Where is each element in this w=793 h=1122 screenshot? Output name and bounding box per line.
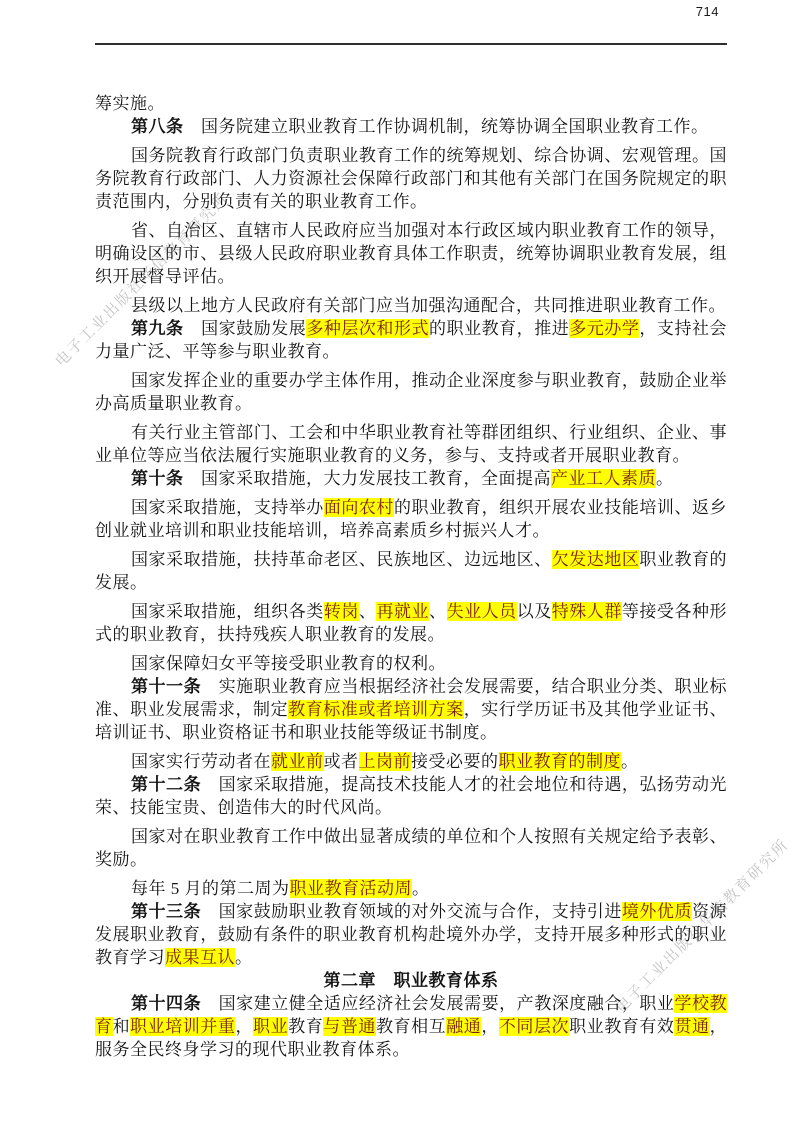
highlighted-text: 特殊人群 [552, 602, 622, 621]
highlighted-text: 产业工人素质 [551, 469, 656, 488]
text-run: 。 [656, 469, 674, 488]
highlighted-text: 就业前 [271, 752, 324, 771]
text-run: ， [235, 1017, 253, 1036]
paragraph: 国家实行劳动者在就业前或者上岗前接受必要的职业教育的制度。 [95, 750, 727, 773]
text-run: 。 [621, 752, 639, 771]
paragraph: 有关行业主管部门、工会和中华职业教育社等群团组织、行业组织、企业、事业单位等应当… [95, 421, 727, 467]
text-run: 国家鼓励发展 [184, 319, 307, 338]
text-run: 国家建立健全适应经济社会发展需要，产教深度融合，职业 [201, 994, 674, 1013]
paragraph: 第八条 国务院建立职业教育工作协调机制，统筹协调全国职业教育工作。 [95, 115, 727, 138]
article-number: 第八条 [131, 117, 184, 136]
text-run: 有关行业主管部门、工会和中华职业教育社等群团组织、行业组织、企业、事业单位等应当… [95, 423, 727, 465]
highlighted-text: 面向农村 [324, 498, 394, 517]
text-run: 国家采取措施，大力发展技工教育，全面提高 [184, 469, 552, 488]
text-run: 。 [235, 948, 253, 967]
text-run: 职业教育有效 [569, 1017, 674, 1036]
text-run: 、 [359, 602, 377, 621]
text-run: 国家鼓励职业教育领域的对外交流与合作，支持引进 [201, 902, 622, 921]
highlighted-text: 转岗 [324, 602, 359, 621]
highlighted-text: 再就业 [376, 602, 429, 621]
text-run: 、 [429, 602, 447, 621]
text-run: 教育 [288, 1017, 323, 1036]
paragraph: 国务院教育行政部门负责职业教育工作的统筹规划、综合协调、宏观管理。国务院教育行政… [95, 144, 727, 213]
text-run: 县级以上地方人民政府有关部门应当加强沟通配合，共同推进职业教育工作。 [131, 296, 726, 315]
text-run: 筹实施。 [95, 94, 165, 113]
text-run: 的职业教育，推进 [429, 319, 569, 338]
article-number: 第十一条 [131, 677, 201, 696]
highlighted-text: 成果互认 [165, 948, 235, 967]
header-rule [95, 43, 727, 45]
paragraph: 第十一条 实施职业教育应当根据经济社会发展需要，结合职业分类、职业标准、职业发展… [95, 675, 727, 744]
text-run: 接受必要的 [411, 752, 499, 771]
text-run: 或者 [324, 752, 359, 771]
highlighted-text: 与普通 [323, 1017, 376, 1036]
document-page: 714 电子工业出版社华信教育研究所 电子工业出版社华信教育研究所 筹实施。第八… [0, 0, 793, 1122]
highlighted-text: 贯通 [674, 1017, 709, 1036]
article-number: 第十二条 [131, 775, 201, 794]
highlighted-text: 不同层次 [499, 1017, 569, 1036]
text-run: 教育相互 [376, 1017, 446, 1036]
text-run: 国家发挥企业的重要办学主体作用，推动企业深度参与职业教育，鼓励企业举办高质量职业… [95, 371, 727, 413]
paragraph: 筹实施。 [95, 92, 727, 115]
text-run: 国家对在职业教育工作中做出显著成绩的单位和个人按照有关规定给予表彰、奖励。 [95, 827, 727, 869]
page-number: 714 [696, 4, 719, 19]
text-run: 。 [412, 879, 430, 898]
text-run: 以及 [517, 602, 552, 621]
highlighted-text: 多元办学 [569, 319, 639, 338]
highlighted-text: 教育标准或者培训方案 [288, 700, 464, 719]
paragraph: 国家采取措施，扶持革命老区、民族地区、边远地区、欠发达地区职业教育的发展。 [95, 548, 727, 594]
article-number: 第二章 职业教育体系 [324, 971, 499, 990]
chapter-heading: 第二章 职业教育体系 [95, 969, 727, 992]
highlighted-text: 境外优质 [622, 902, 692, 921]
text-run: 国务院建立职业教育工作协调机制，统筹协调全国职业教育工作。 [184, 117, 709, 136]
paragraph: 第十二条 国家采取措施，提高技术技能人才的社会地位和待遇，弘扬劳动光荣、技能宝贵… [95, 773, 727, 819]
highlighted-text: 职业 [253, 1017, 288, 1036]
article-number: 第十四条 [131, 994, 201, 1013]
paragraph: 第十四条 国家建立健全适应经济社会发展需要，产教深度融合，职业学校教育和职业培训… [95, 992, 727, 1061]
text-run: 国家实行劳动者在 [131, 752, 271, 771]
paragraph: 第十三条 国家鼓励职业教育领域的对外交流与合作，支持引进境外优质资源发展职业教育… [95, 900, 727, 969]
highlighted-text: 融通 [446, 1017, 481, 1036]
text-run: 省、自治区、直辖市人民政府应当加强对本行政区域内职业教育工作的领导，明确设区的市… [95, 221, 727, 286]
text-run: 国家保障妇女平等接受职业教育的权利。 [131, 654, 446, 673]
paragraph: 每年 5 月的第二周为职业教育活动周。 [95, 877, 727, 900]
paragraph: 国家采取措施，组织各类转岗、再就业、失业人员以及特殊人群等接受各种形式的职业教育… [95, 600, 727, 646]
highlighted-text: 职业教育的制度 [499, 752, 622, 771]
highlighted-text: 职业培训并重 [130, 1017, 235, 1036]
text-run: 每年 5 月的第二周为 [131, 879, 290, 898]
paragraph: 第九条 国家鼓励发展多种层次和形式的职业教育，推进多元办学，支持社会力量广泛、平… [95, 317, 727, 363]
paragraph: 国家发挥企业的重要办学主体作用，推动企业深度参与职业教育，鼓励企业举办高质量职业… [95, 369, 727, 415]
text-run: 国家采取措施，扶持革命老区、民族地区、边远地区、 [131, 550, 552, 569]
highlighted-text: 上岗前 [359, 752, 412, 771]
highlighted-text: 失业人员 [447, 602, 517, 621]
text-run: 国家采取措施，支持举办 [131, 498, 324, 517]
paragraph: 县级以上地方人民政府有关部门应当加强沟通配合，共同推进职业教育工作。 [95, 294, 727, 317]
paragraph: 国家采取措施，支持举办面向农村的职业教育，组织开展农业技能培训、返乡创业就业培训… [95, 496, 727, 542]
article-number: 第九条 [131, 319, 184, 338]
highlighted-text: 欠发达地区 [552, 550, 640, 569]
text-run: ， [481, 1017, 499, 1036]
text-run: 国务院教育行政部门负责职业教育工作的统筹规划、综合协调、宏观管理。国务院教育行政… [95, 146, 727, 211]
text-run: 国家采取措施，组织各类 [131, 602, 324, 621]
highlighted-text: 职业教育活动周 [290, 879, 413, 898]
paragraph: 国家保障妇女平等接受职业教育的权利。 [95, 652, 727, 675]
document-body: 筹实施。第八条 国务院建立职业教育工作协调机制，统筹协调全国职业教育工作。国务院… [95, 92, 727, 1061]
article-number: 第十条 [131, 469, 184, 488]
paragraph: 国家对在职业教育工作中做出显著成绩的单位和个人按照有关规定给予表彰、奖励。 [95, 825, 727, 871]
highlighted-text: 多种层次和形式 [306, 319, 429, 338]
text-run: 和 [113, 1017, 131, 1036]
article-number: 第十三条 [131, 902, 201, 921]
paragraph: 第十条 国家采取措施，大力发展技工教育，全面提高产业工人素质。 [95, 467, 727, 490]
paragraph: 省、自治区、直辖市人民政府应当加强对本行政区域内职业教育工作的领导，明确设区的市… [95, 219, 727, 288]
